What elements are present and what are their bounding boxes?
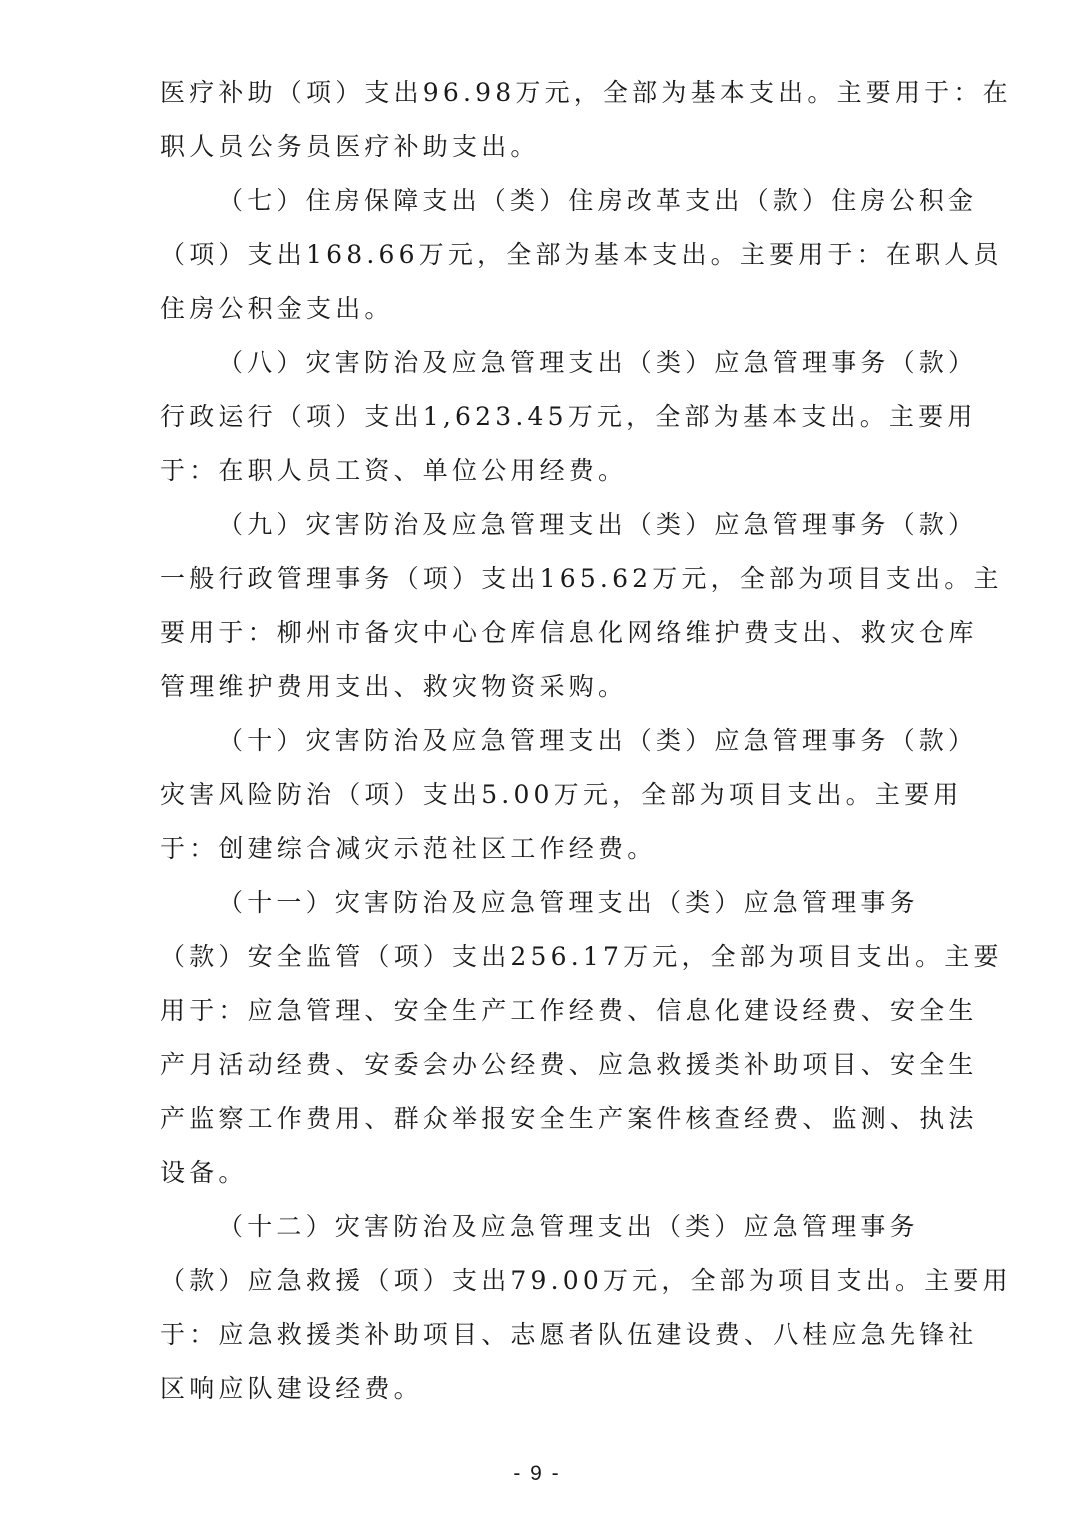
text-line: 要用于：柳州市备灾中心仓库信息化网络维护费支出、救灾仓库: [160, 606, 930, 660]
text-line: 管理维护费用支出、救灾物资采购。: [160, 660, 930, 714]
page-number: - 9 -: [0, 1462, 1074, 1486]
paragraph-emergency-rescue: （十二）灾害防治及应急管理支出（类）应急管理事务 （款）应急救援（项）支出79.…: [160, 1200, 930, 1416]
text-line: （项）支出168.66万元，全部为基本支出。主要用于：在职人员: [160, 228, 930, 282]
text-line: （七）住房保障支出（类）住房改革支出（款）住房公积金: [160, 174, 930, 228]
text-line: 住房公积金支出。: [160, 282, 930, 336]
paragraph-disaster-risk-prevention: （十）灾害防治及应急管理支出（类）应急管理事务（款） 灾害风险防治（项）支出5.…: [160, 714, 930, 876]
text-line: 产监察工作费用、群众举报安全生产案件核查经费、监测、执法: [160, 1092, 930, 1146]
text-line: 一般行政管理事务（项）支出165.62万元，全部为项目支出。主: [160, 552, 930, 606]
text-line: 医疗补助（项）支出96.98万元，全部为基本支出。主要用于：在: [160, 66, 930, 120]
text-line: （九）灾害防治及应急管理支出（类）应急管理事务（款）: [160, 498, 930, 552]
text-line: 设备。: [160, 1146, 930, 1200]
text-line: 用于：应急管理、安全生产工作经费、信息化建设经费、安全生: [160, 984, 930, 1038]
text-line: 职人员公务员医疗补助支出。: [160, 120, 930, 174]
text-line: （十一）灾害防治及应急管理支出（类）应急管理事务: [160, 876, 930, 930]
text-line: 灾害风险防治（项）支出5.00万元，全部为项目支出。主要用: [160, 768, 930, 822]
paragraph-safety-supervision: （十一）灾害防治及应急管理支出（类）应急管理事务 （款）安全监管（项）支出256…: [160, 876, 930, 1200]
text-line: （款）安全监管（项）支出256.17万元，全部为项目支出。主要: [160, 930, 930, 984]
text-line: （十二）灾害防治及应急管理支出（类）应急管理事务: [160, 1200, 930, 1254]
text-line: 行政运行（项）支出1,623.45万元，全部为基本支出。主要用: [160, 390, 930, 444]
text-line: 产月活动经费、安委会办公经费、应急救援类补助项目、安全生: [160, 1038, 930, 1092]
text-line: 于：应急救援类补助项目、志愿者队伍建设费、八桂应急先锋社: [160, 1308, 930, 1362]
text-line: （款）应急救援（项）支出79.00万元，全部为项目支出。主要用: [160, 1254, 930, 1308]
paragraph-general-admin-affairs: （九）灾害防治及应急管理支出（类）应急管理事务（款） 一般行政管理事务（项）支出…: [160, 498, 930, 714]
document-page: 医疗补助（项）支出96.98万元，全部为基本支出。主要用于：在 职人员公务员医疗…: [160, 66, 930, 1416]
paragraph-administrative-operation: （八）灾害防治及应急管理支出（类）应急管理事务（款） 行政运行（项）支出1,62…: [160, 336, 930, 498]
text-line: 于：在职人员工资、单位公用经费。: [160, 444, 930, 498]
paragraph-housing-fund: （七）住房保障支出（类）住房改革支出（款）住房公积金 （项）支出168.66万元…: [160, 174, 930, 336]
text-line: 区响应队建设经费。: [160, 1362, 930, 1416]
text-line: 于：创建综合减灾示范社区工作经费。: [160, 822, 930, 876]
text-line: （八）灾害防治及应急管理支出（类）应急管理事务（款）: [160, 336, 930, 390]
paragraph-medical-subsidy-continued: 医疗补助（项）支出96.98万元，全部为基本支出。主要用于：在 职人员公务员医疗…: [160, 66, 930, 174]
text-line: （十）灾害防治及应急管理支出（类）应急管理事务（款）: [160, 714, 930, 768]
